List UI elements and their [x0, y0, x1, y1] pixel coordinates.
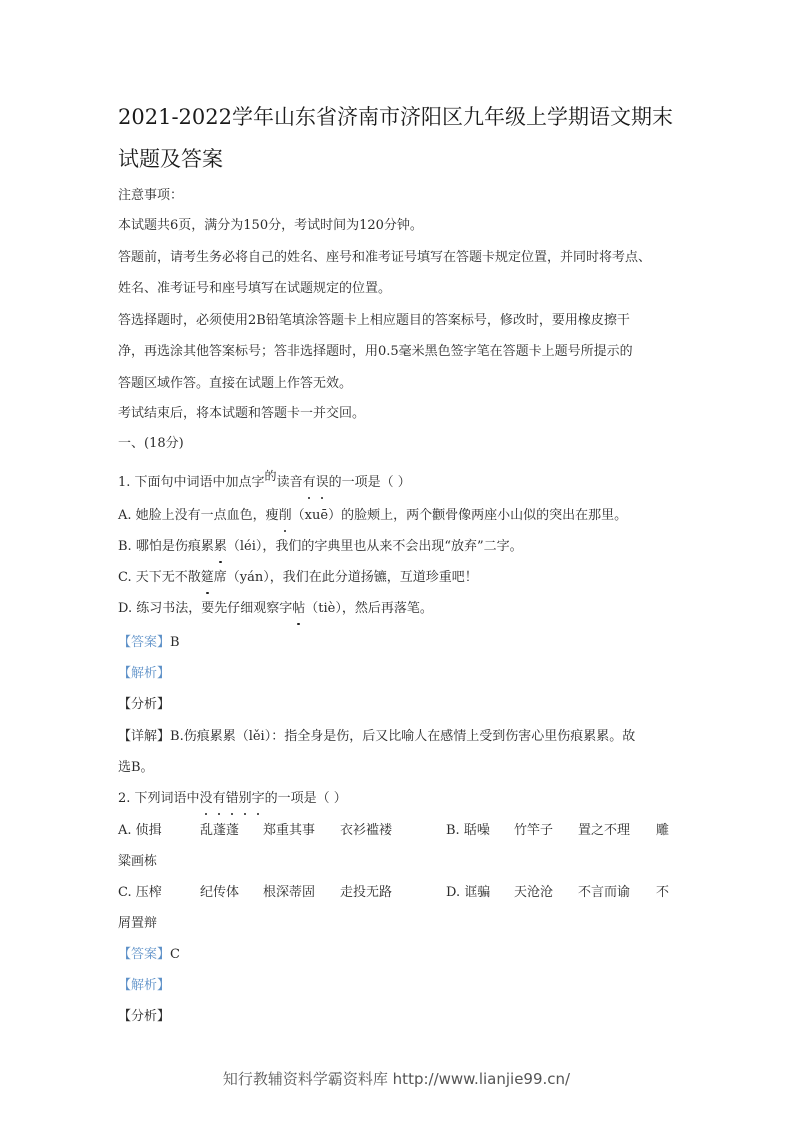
option-b-item: B. 聒噪 [446, 821, 490, 841]
question-2-stem: 2. 下列词语中没有错别字的一项是（ ） [118, 789, 688, 809]
q1-option-a: A. 她脸上没有一点血色，瘦削（xuē）的脸颊上，两个颧骨像两座小山似的突出在那… [118, 506, 688, 526]
document-title-line1: 2021-2022学年山东省济南市济阳区九年级上学期语文期末 [118, 96, 688, 138]
option-c-item: 走投无路 [340, 883, 392, 903]
option-a-item: 郑重其事 [263, 821, 315, 841]
q1-stem-text: 1. 下面句中词语中加点字 [118, 475, 265, 490]
q2-option-d-cont: 屑置辩 [118, 914, 688, 934]
q2-option-b-cont: 粱画栋 [118, 852, 688, 872]
option-c-item: C. 压榨 [118, 883, 162, 903]
q1-option-d: D. 练习书法，要先仔细观察字帖（tiè），然后再落笔。 [118, 599, 688, 619]
notice-item: 本试题共6页，满分为150分，考试时间为120分钟。 [118, 216, 688, 236]
option-text: C. 天下无不散 [118, 570, 201, 585]
option-c-item: 根深蒂固 [263, 883, 315, 903]
notice-item: 姓名、准考证号和座号填写在试题规定的位置。 [118, 279, 688, 299]
answer-value: C [170, 947, 180, 962]
q1-analysis: 【解析】 [118, 664, 688, 684]
option-text: （léi），我们的字典里也从来不会出现“放弃”二字。 [227, 539, 523, 554]
q1-option-b: B. 哪怕是伤痕累累（léi），我们的字典里也从来不会出现“放弃”二字。 [118, 537, 688, 557]
option-text: A. 她脸上没有一点血色，瘦 [118, 508, 279, 523]
option-a-item: A. 侦揖 [118, 821, 162, 841]
q1-detail: 【详解】B.伤痕累累（lěi）：指全身是伤，后又比喻人在感情上受到伤害心里伤痕累… [118, 727, 688, 747]
dotted-char: 筵 [201, 568, 214, 588]
q1-option-c: C. 天下无不散筵席（yán），我们在此分道扬镳，互道珍重吧！ [118, 568, 688, 588]
q2-dotted-char: 没 [200, 789, 213, 809]
option-b-item: 置之不理 [578, 821, 630, 841]
q2-dotted-char: 别 [239, 789, 252, 809]
option-text: （tiè），然后再落笔。 [305, 601, 433, 616]
analysis-label: 【解析】 [118, 666, 170, 681]
q2-analysis: 【解析】 [118, 976, 688, 996]
q1-dotted-char: 误 [316, 473, 329, 493]
detail-text: B.伤痕累累（lěi）：指全身是伤，后又比喻人在感情上受到伤害心里伤痕累累。故 [170, 729, 635, 744]
section-heading: 一、(18分) [118, 434, 688, 454]
q1-answer: 【答案】B [118, 633, 688, 653]
q1-stem-sup: 的 [265, 469, 277, 483]
option-text: B. 哪怕是伤痕累 [118, 539, 214, 554]
option-d-item: D. 诓骗 [446, 883, 490, 903]
option-d-item: 不 [656, 883, 669, 903]
q1-stem-text: 读音 [277, 475, 303, 490]
question-1-stem: 1. 下面句中词语中加点字的读音有误的一项是（ ） [118, 472, 688, 493]
document-title-line2: 试题及答案 [118, 138, 688, 180]
q2-fenxi: 【分析】 [118, 1007, 688, 1027]
fenxi-label: 【分析】 [118, 697, 170, 712]
answer-label: 【答案】 [118, 947, 170, 962]
notice-item: 净，再选涂其他答案标号；答非选择题时，用0.5毫米黑色签字笔在答题卡上题号所提示… [118, 342, 688, 362]
option-b-item: 竹竿子 [514, 821, 553, 841]
option-a-item: 衣衫褴褛 [340, 821, 392, 841]
document-page: 2021-2022学年山东省济南市济阳区九年级上学期语文期末 试题及答案 注意事… [0, 0, 793, 1122]
q2-dotted-char: 错 [226, 789, 239, 809]
detail-label: 【详解】 [118, 729, 170, 744]
notice-item: 答选择题时，必须使用2B铅笔填涂答题卡上相应题目的答案标号，修改时，要用橡皮擦干 [118, 311, 688, 331]
option-text: 席（yán），我们在此分道扬镳，互道珍重吧！ [214, 570, 478, 585]
option-text: （xuē）的脸颊上，两个颧骨像两座小山似的突出在那里。 [292, 508, 627, 523]
option-a-item: 乱蓬蓬 [200, 821, 239, 841]
option-c-item: 纪传体 [200, 883, 239, 903]
q2-stem-text: 2. 下列词语中 [118, 791, 200, 806]
answer-label: 【答案】 [118, 635, 170, 650]
dotted-char: 帖 [292, 599, 305, 619]
option-d-item: 天沧沧 [514, 883, 553, 903]
footer-watermark: 知行教辅资料学霸资料库 http://www.lianjie99.cn/ [0, 1068, 793, 1089]
q1-detail-cont: 选B。 [118, 758, 688, 778]
notice-item: 答题区域作答。直接在试题上作答无效。 [118, 374, 688, 394]
option-b-item: 雕 [656, 821, 669, 841]
notice-heading: 注意事项： [118, 186, 688, 206]
answer-value: B [170, 635, 180, 650]
q2-dotted-char: 字 [252, 789, 265, 809]
q2-dotted-char: 有 [213, 789, 226, 809]
dotted-char: 累 [214, 537, 227, 557]
q2-stem-text: 的一项是（ ） [265, 791, 347, 806]
q2-answer: 【答案】C [118, 945, 688, 965]
q1-dotted-char: 有 [303, 473, 316, 493]
notice-item: 考试结束后，将本试题和答题卡一并交回。 [118, 404, 688, 424]
dotted-char: 削 [279, 506, 292, 526]
option-text: D. 练习书法，要先仔细观察字 [118, 601, 292, 616]
fenxi-label: 【分析】 [118, 1009, 170, 1024]
q1-stem-text: 的一项是（ ） [329, 475, 411, 490]
option-d-item: 不言而谕 [578, 883, 630, 903]
notice-item: 答题前，请考生务必将自己的姓名、座号和准考证号填写在答题卡规定位置，并同时将考点… [118, 248, 688, 268]
analysis-label: 【解析】 [118, 978, 170, 993]
q1-fenxi: 【分析】 [118, 695, 688, 715]
